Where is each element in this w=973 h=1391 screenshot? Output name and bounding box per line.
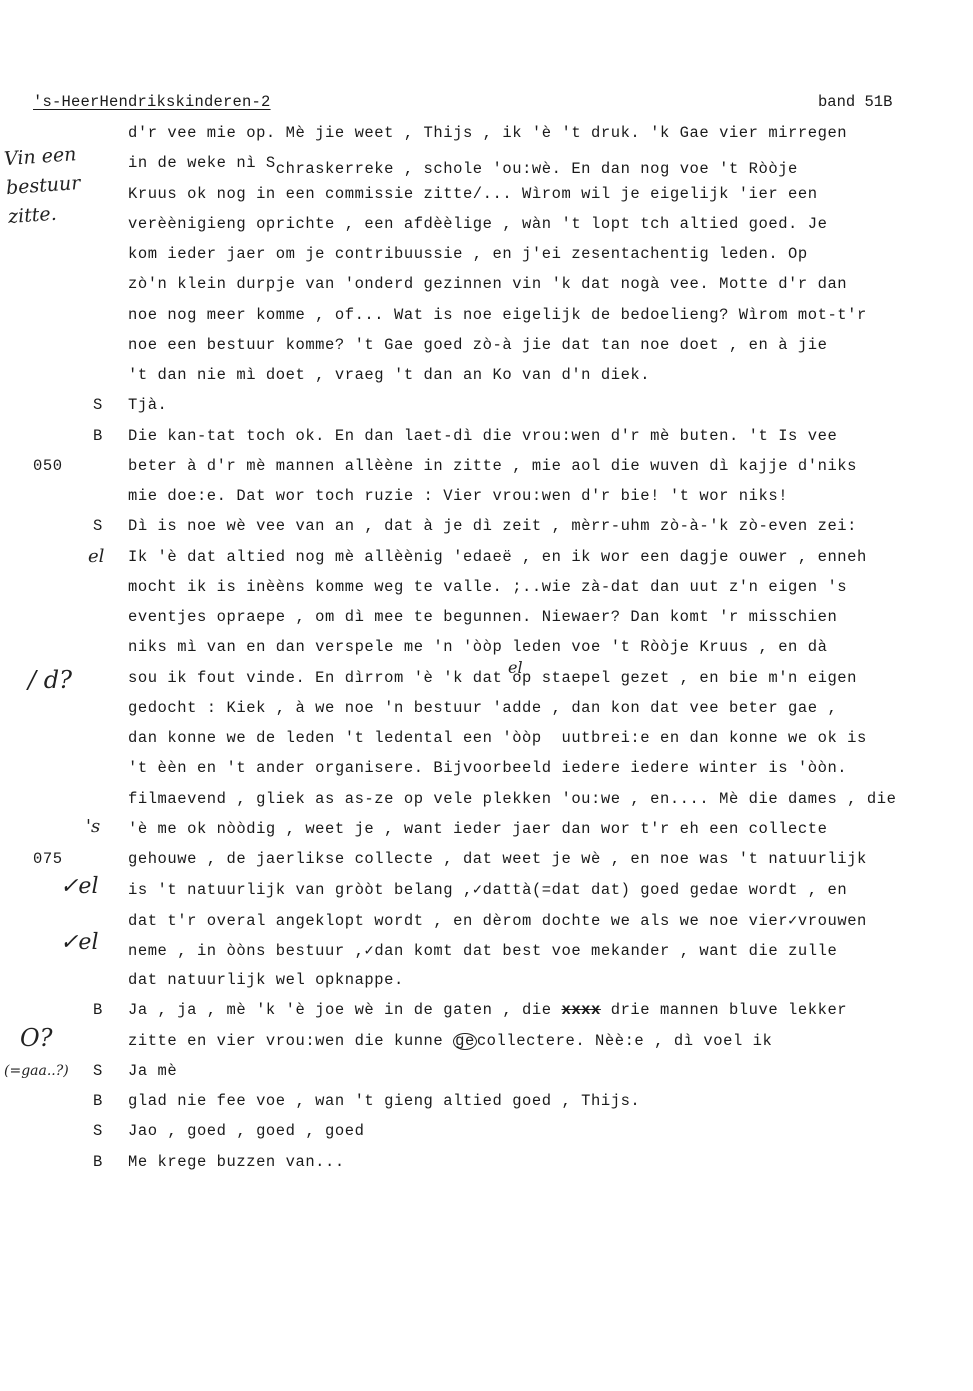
line-text: is 't natuurlijk van gròòt belang ,✓datt… [128,880,847,899]
line-text: Ja mè [128,1062,177,1080]
line-text: Kruus ok nog in een commissie zitte/... … [128,185,818,203]
circled-text: ge [453,1033,477,1050]
line-text-part: drie mannen bluve lekker [601,1001,847,1019]
tape-counter: 050 [33,457,63,475]
speaker-label: S [93,1122,103,1140]
line-text: noe nog meer komme , of... Wat is noe ei… [128,306,867,324]
line-text-subscript: chraskerreke , schole 'ou:wè. En dan nog… [276,160,798,178]
line-text: 't dan nie mì doet , vraeg 't dan an Ko … [128,366,650,384]
speaker-label: S [93,396,103,414]
tape-label: band 51B [818,93,892,111]
line-text: neme , in òòns bestuur ,✓dan komt dat be… [128,941,837,960]
line-text: gedocht : Kiek , à we noe 'n bestuur 'ad… [128,699,837,717]
line-text: Tjà. [128,396,167,414]
struck-out-text: xxxx [561,1001,600,1019]
line-text: kom ieder jaer om je contribuussie , en … [128,245,808,263]
line-text: mocht ik is inèèns komme weg te valle. ;… [128,578,847,596]
speaker-label: B [93,1001,103,1019]
line-text: beter à d'r mè mannen allèène in zitte ,… [128,457,857,475]
line-text: eventjes opraepe , om dì mee te begunnen… [128,608,837,626]
line-text: dat t'r overal angeklopt wordt , en dèro… [128,911,867,930]
handwritten-gaa-note: (=gaa..?) [4,1064,69,1078]
speaker-label: B [93,1153,103,1171]
line-text: Dì is noe wè vee van an , dat à je dì ze… [128,517,857,535]
line-text-part: collectere. Nèè:e , dì voel ik [477,1032,773,1050]
line-text: Jao , goed , goed , goed [128,1122,364,1140]
line-text: noe een bestuur komme? 't Gae goed zò-à … [128,336,827,354]
handwritten-s-mark: 's [86,818,100,836]
line-text: Ik 'è dat altied nog mè allèènig 'edaeë … [128,548,867,566]
line-text: 't èèn en 't ander organisere. Bijvoorbe… [128,759,847,777]
handwritten-el-mark: el [88,548,104,566]
handwritten-d-query: / d? [28,668,72,692]
speaker-label: S [93,517,103,535]
line-text: filmaevend , gliek as as-ze op vele plek… [128,790,896,808]
handwritten-margin-note: Vin een bestuur zitte. [3,139,99,232]
line-text: 'è me ok nòòdig , weet je , want ieder j… [128,820,827,838]
line-text: Die kan-tat toch ok. En dan laet-dì die … [128,427,837,445]
document-title: 's-HeerHendrikskinderen-2 [33,93,271,111]
line-text: zitte en vier vrou:wen die kunne gecolle… [128,1032,772,1050]
speaker-label: S [93,1062,103,1080]
speaker-label: B [93,427,103,445]
line-text: dan konne we de leden 't ledental een 'ò… [128,729,867,747]
line-text: sou ik fout vinde. En dìrrom 'è 'k dat o… [128,669,857,687]
line-text: d'r vee mie op. Mè jie weet , Thijs , ik… [128,124,847,142]
line-text: Me krege buzzen van... [128,1153,345,1171]
line-text: niks mì van en dan verspele me 'n 'òòp l… [128,638,827,656]
line-text-part: Ja , ja , mè 'k 'è joe wè in de gaten , … [128,1001,561,1019]
line-text: verèènigieng oprichte , een afdèèlige , … [128,215,827,233]
line-text-part: in de weke nì S [128,154,276,172]
line-text: glad nie fee voe , wan 't gieng altied g… [128,1092,640,1110]
handwritten-inline-el: el [508,660,523,676]
handwritten-query-mark: O? [20,1026,53,1050]
handwritten-el-mark-2: ✓el [60,876,99,898]
transcript-page: 's-HeerHendrikskinderen-2 band 51B d'r v… [0,0,973,1391]
line-text: gehouwe , de jaerlikse collecte , dat we… [128,850,867,868]
line-text: zò'n klein durpje van 'onderd gezinnen v… [128,275,847,293]
line-text-part: zitte en vier vrou:wen die kunne [128,1032,453,1050]
line-text: dat natuurlijk wel opknappe. [128,971,404,989]
line-text: Ja , ja , mè 'k 'è joe wè in de gaten , … [128,1001,847,1019]
tape-counter: 075 [33,850,63,868]
line-text: in de weke nì Schraskerreke , schole 'ou… [128,154,798,172]
margin-note-text: Vin een bestuur zitte. [3,139,99,232]
line-text: mie doe:e. Dat wor toch ruzie : Vier vro… [128,487,788,505]
speaker-label: B [93,1092,103,1110]
handwritten-el-mark-3: ✓el [60,932,99,954]
